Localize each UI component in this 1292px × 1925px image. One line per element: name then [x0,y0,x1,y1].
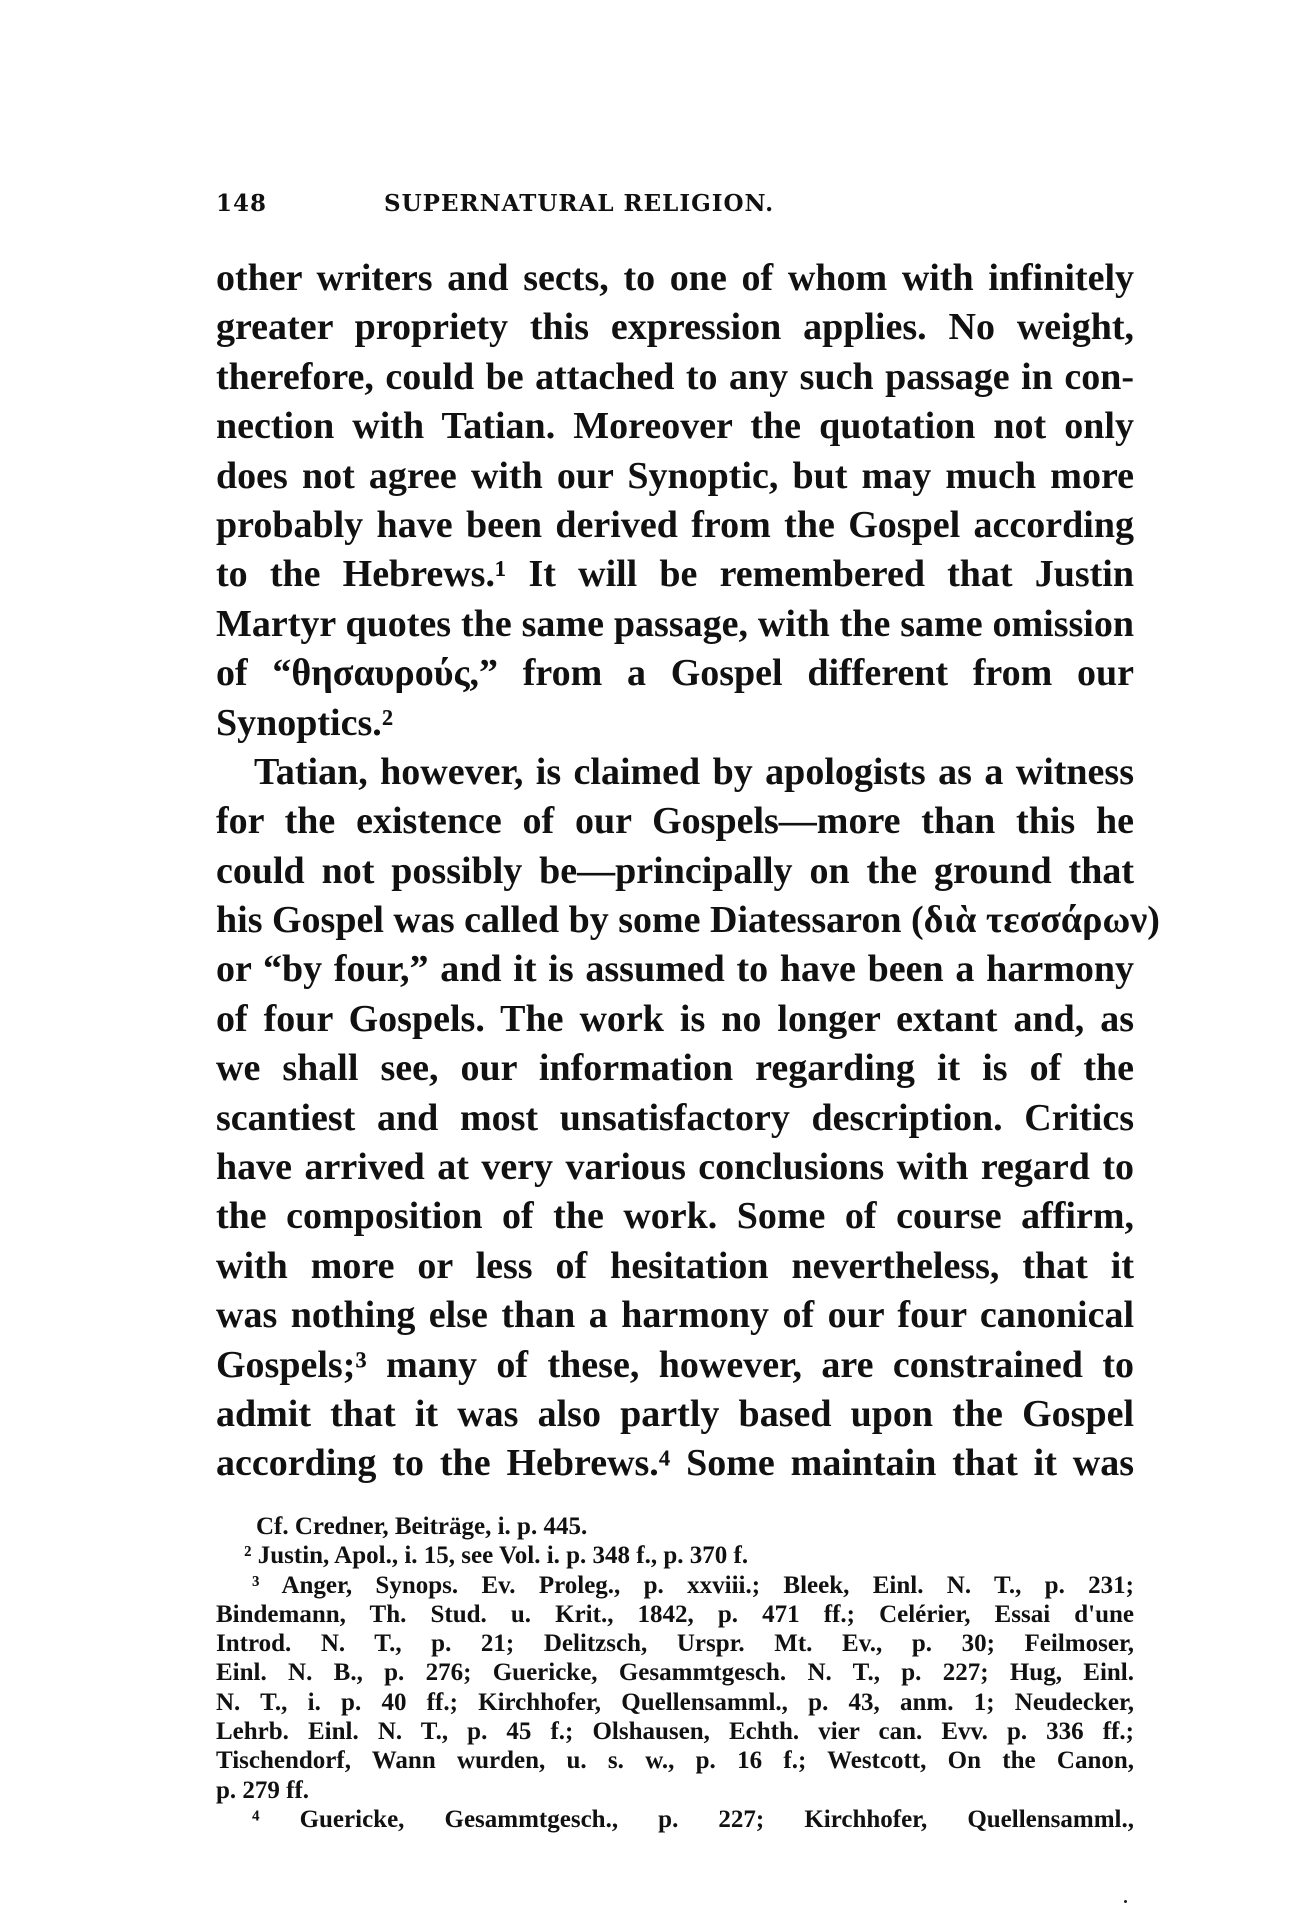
running-head: 148 SUPERNATURAL RELIGION. [216,190,1134,224]
body-line: Synoptics.² [216,699,1134,748]
body-line: therefore, could be attached to any such… [216,353,1134,402]
body-line: with more or less of hesitation neverthe… [216,1242,1134,1291]
body-text: other writers and sects, to one of whom … [216,254,1134,1489]
body-line: Martyr quotes the same passage, with the… [216,600,1134,649]
page-number: 148 [216,190,267,217]
body-line: was nothing else than a harmony of our f… [216,1291,1134,1340]
body-line: scantiest and most unsatisfactory descri… [216,1094,1134,1143]
body-line: have arrived at very various conclusions… [216,1143,1134,1192]
body-line: to the Hebrews.¹ It will be remembered t… [216,550,1134,599]
body-line: Tatian, however, is claimed by apologist… [216,748,1134,797]
body-line: the composition of the work. Some of cou… [216,1192,1134,1241]
footnote-line: N. T., i. p. 40 ff.; Kirchhofer, Quellen… [216,1688,1134,1717]
footnote-line: p. 279 ff. [216,1776,1134,1805]
footnote-line: Einl. N. B., p. 276; Guericke, Gesammtge… [216,1658,1134,1687]
body-line: for the existence of our Gospels—more th… [216,797,1134,846]
body-line: of four Gospels. The work is no longer e… [216,995,1134,1044]
footnote-line: Tischendorf, Wann wurden, u. s. w., p. 1… [216,1746,1134,1775]
footnote-line: Lehrb. Einl. N. T., p. 45 f.; Olshausen,… [216,1717,1134,1746]
body-line: could not possibly be—principally on the… [216,847,1134,896]
body-line: we shall see, our information regarding … [216,1044,1134,1093]
footnote-1: Cf. Credner, Beiträge, i. p. 445. [216,1512,1134,1541]
body-line: of “θησαυρούς,” from a Gospel different … [216,649,1134,698]
body-line: or “by four,” and it is assumed to have … [216,945,1134,994]
footnote-3: ³ Anger, Synops. Ev. Proleg., p. xxviii.… [216,1571,1134,1600]
body-line: other writers and sects, to one of whom … [216,254,1134,303]
footnote-line: Bindemann, Th. Stud. u. Krit., 1842, p. … [216,1600,1134,1629]
body-line: Gospels;³ many of these, however, are co… [216,1341,1134,1390]
body-line: his Gospel was called by some Diatessaro… [216,896,1134,945]
body-line: greater propriety this expression applie… [216,303,1134,352]
footnote-2: ² Justin, Apol., i. 15, see Vol. i. p. 3… [216,1541,1134,1570]
body-line: does not agree with our Synoptic, but ma… [216,452,1134,501]
body-line: according to the Hebrews.⁴ Some maintain… [216,1439,1134,1488]
scan-speck [1124,1900,1127,1903]
body-line: nection with Tatian. Moreover the quotat… [216,402,1134,451]
body-line: admit that it was also partly based upon… [216,1390,1134,1439]
running-title: SUPERNATURAL RELIGION. [384,190,774,217]
footnotes: Cf. Credner, Beiträge, i. p. 445. ² Just… [216,1512,1134,1834]
body-line: probably have been derived from the Gosp… [216,501,1134,550]
footnote-4: ⁴ Guericke, Gesammtgesch., p. 227; Kirch… [216,1805,1134,1834]
footnote-line: Introd. N. T., p. 21; Delitzsch, Urspr. … [216,1629,1134,1658]
